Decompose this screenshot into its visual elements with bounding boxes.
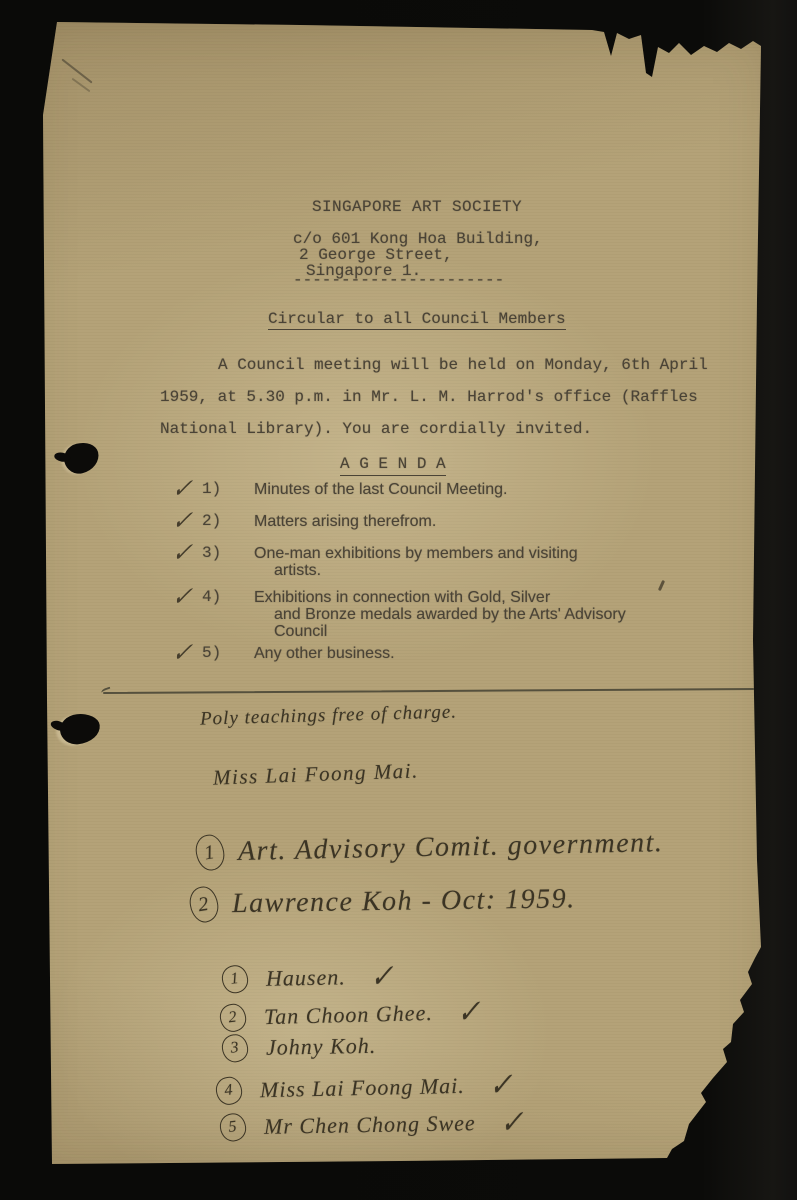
checkmark-icon: ✓ [457, 993, 482, 1032]
divider-line [103, 688, 765, 694]
agenda-item-1: ✓ 1) Minutes of the last Council Meeting… [172, 481, 507, 498]
circled-note-text: Lawrence Koh - Oct: 1959. [232, 883, 576, 920]
handwritten-note-fees: Poly teachings free of charge. [200, 701, 458, 730]
agenda-item-text: Minutes of the last Council Meeting. [254, 481, 507, 498]
pencil-mark [61, 59, 92, 84]
circled-number: 3 [221, 1033, 250, 1064]
circled-number: 2 [187, 885, 220, 925]
address-line-1: c/o 601 Kong Hoa Building, [293, 231, 543, 247]
attendee-name: Hausen. [266, 964, 346, 991]
scan-background: SINGAPORE ART SOCIETY c/o 601 Kong Hoa B… [0, 0, 797, 1200]
attendee-name: Tan Choon Ghee. [264, 1000, 433, 1030]
checkmark-icon: ✓ [171, 643, 203, 662]
agenda-item-number: 2) [202, 513, 254, 529]
checkmark-icon: ✓ [500, 1103, 525, 1141]
attendee-name: Miss Lai Foong Mai. [260, 1073, 465, 1103]
ink-smudge [658, 580, 665, 591]
agenda-item-text: Any other business. [254, 645, 395, 662]
checkmark-icon: ✓ [171, 479, 203, 498]
attendee-row-5: 5 Mr Chen Chong Swee ✓ [220, 1105, 525, 1144]
agenda-item-3: ✓ 3) One-man exhibitions by members and … [172, 545, 578, 579]
agenda-item-text: Exhibitions in connection with Gold, Sil… [254, 589, 626, 606]
agenda-item-text: artists. [254, 562, 578, 579]
attendee-name: Mr Chen Chong Swee [264, 1110, 476, 1140]
punch-hole-top [61, 439, 102, 477]
attendee-name: Johny Koh. [266, 1033, 377, 1061]
agenda-item-text: and Bronze medals awarded by the Arts' A… [254, 606, 626, 623]
circled-number: 1 [193, 833, 226, 873]
agenda-item-text: Council [254, 623, 626, 640]
circled-note-text: Art. Advisory Comit. government. [238, 827, 664, 868]
agenda-item-number: 5) [202, 645, 254, 661]
body-line-2: 1959, at 5.30 p.m. in Mr. L. M. Harrod's… [160, 389, 698, 405]
agenda-item-4: ✓ 4) Exhibitions in connection with Gold… [172, 589, 626, 640]
agenda-item-2: ✓ 2) Matters arising therefrom. [172, 513, 436, 530]
checkmark-icon: ✓ [171, 511, 203, 530]
attendee-row-2: 2 Tan Choon Ghee. ✓ [220, 995, 482, 1035]
handwritten-circled-note-2: 2 Lawrence Koh - Oct: 1959. [190, 881, 576, 922]
agenda-heading: A G E N D A [340, 456, 446, 472]
agenda-item-number: 3) [202, 545, 254, 561]
body-line-3: National Library). You are cordially inv… [160, 421, 592, 437]
attendee-row-4: 4 Miss Lai Foong Mai. ✓ [216, 1068, 514, 1108]
punch-hole-bottom [59, 712, 102, 746]
org-name: SINGAPORE ART SOCIETY [312, 199, 522, 215]
checkmark-icon: ✓ [489, 1066, 514, 1104]
attendee-row-1: 1 Hausen. ✓ [222, 960, 395, 997]
attendee-row-3: 3 Johny Koh. [222, 1031, 401, 1062]
agenda-item-text: One-man exhibitions by members and visit… [254, 545, 578, 562]
checkmark-icon: ✓ [171, 543, 203, 562]
agenda-item-number: 4) [202, 589, 254, 605]
agenda-item-number: 1) [202, 481, 254, 497]
circled-number: 5 [219, 1112, 248, 1143]
address-underline: ---------------------- [293, 272, 504, 288]
circled-number: 2 [219, 1003, 248, 1034]
handwritten-circled-note-1: 1 Art. Advisory Comit. government. [196, 825, 664, 871]
document-paper: SINGAPORE ART SOCIETY c/o 601 Kong Hoa B… [0, 0, 797, 1200]
circular-title: Circular to all Council Members [268, 311, 566, 330]
agenda-item-text: Matters arising therefrom. [254, 513, 436, 530]
handwritten-note-name: Miss Lai Foong Mai. [213, 758, 420, 790]
circled-number: 1 [221, 964, 250, 995]
address-line-2: 2 George Street, [299, 247, 453, 263]
circled-number: 4 [215, 1076, 244, 1107]
checkmark-icon: ✓ [370, 958, 395, 996]
agenda-item-5: ✓ 5) Any other business. [172, 645, 395, 662]
checkmark-icon: ✓ [171, 587, 203, 606]
body-line-1: A Council meeting will be held on Monday… [160, 357, 708, 373]
agenda-heading-text: A G E N D A [340, 455, 446, 476]
